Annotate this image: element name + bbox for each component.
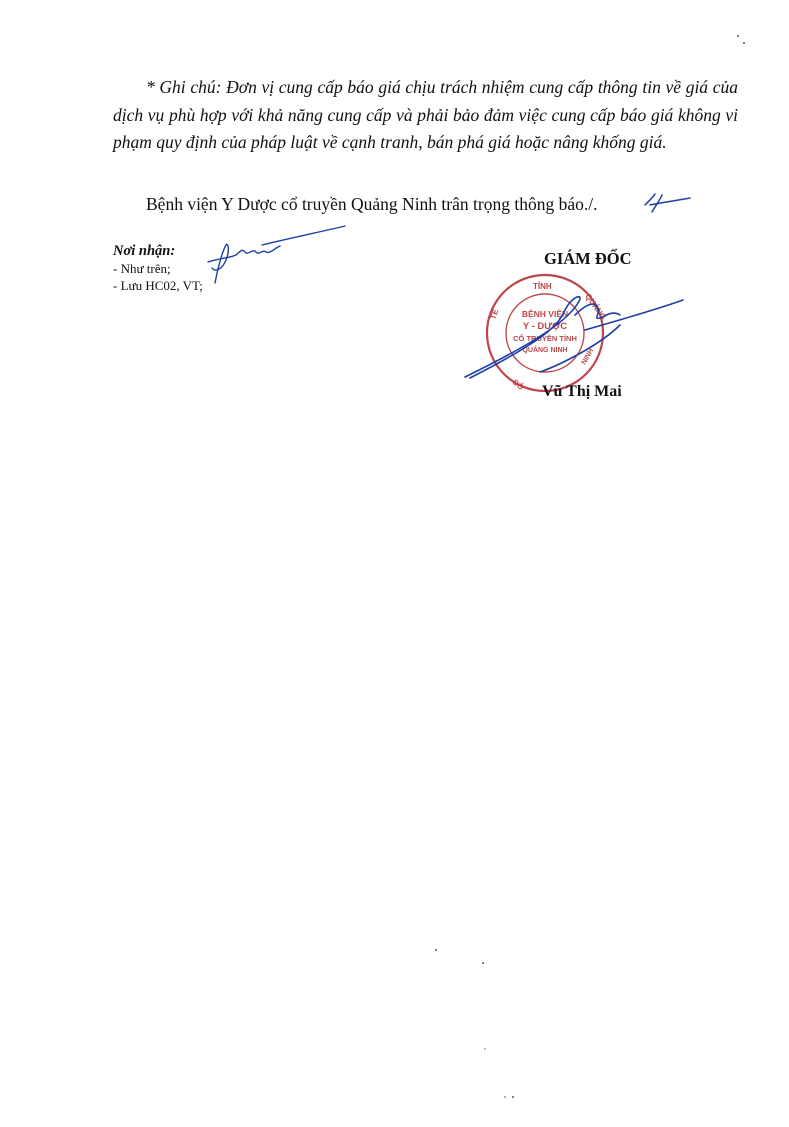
stamp-line: Y - DƯỢC: [523, 321, 567, 332]
scan-speck: [484, 1048, 486, 1050]
scan-speck: [482, 962, 484, 964]
scan-speck: [737, 35, 739, 37]
handwritten-initials: [208, 226, 345, 283]
stamp-bottom-left: SỞ: [511, 378, 526, 393]
recipients-title: Nơi nhận:: [113, 243, 203, 260]
note-paragraph: * Ghi chú: Đơn vị cung cấp báo giá chịu …: [113, 74, 738, 157]
director-signature: [465, 297, 683, 378]
initial-mark: [645, 194, 690, 212]
scan-speck: [743, 42, 745, 44]
closing-statement: Bệnh viện Y Dược cổ truyền Quảng Ninh tr…: [146, 194, 597, 215]
scan-speck: [504, 1096, 506, 1098]
official-stamp: TỈNH TẾ QUẢNG SỞ NINH BỆNH VIỆN Y - DƯỢC…: [487, 275, 608, 392]
scan-speck: [512, 1096, 514, 1098]
stamp-bottom-right: NINH: [581, 348, 596, 366]
stamp-line: QUẢNG NINH: [522, 345, 567, 354]
scan-speck: [435, 949, 437, 951]
recipients-block: Nơi nhận: - Như trên; - Lưu HC02, VT;: [113, 243, 203, 294]
note-text: * Ghi chú: Đơn vị cung cấp báo giá chịu …: [113, 77, 738, 152]
recipient-item: - Như trên;: [113, 260, 203, 277]
stamp-line: BỆNH VIỆN: [522, 308, 568, 319]
signer-position: GIÁM ĐỐC: [544, 249, 632, 269]
signer-name: Vũ Thị Mai: [542, 383, 622, 401]
stamp-left-text: TẾ: [487, 307, 500, 321]
recipient-item: - Lưu HC02, VT;: [113, 277, 203, 294]
stamp-top-text: TỈNH: [533, 282, 552, 291]
stamp-line: CỔ TRUYỀN TỈNH: [513, 333, 577, 343]
stamp-and-signatures: TỈNH TẾ QUẢNG SỞ NINH BỆNH VIỆN Y - DƯỢC…: [0, 0, 789, 1127]
stamp-right-text: QUẢNG: [583, 292, 607, 322]
